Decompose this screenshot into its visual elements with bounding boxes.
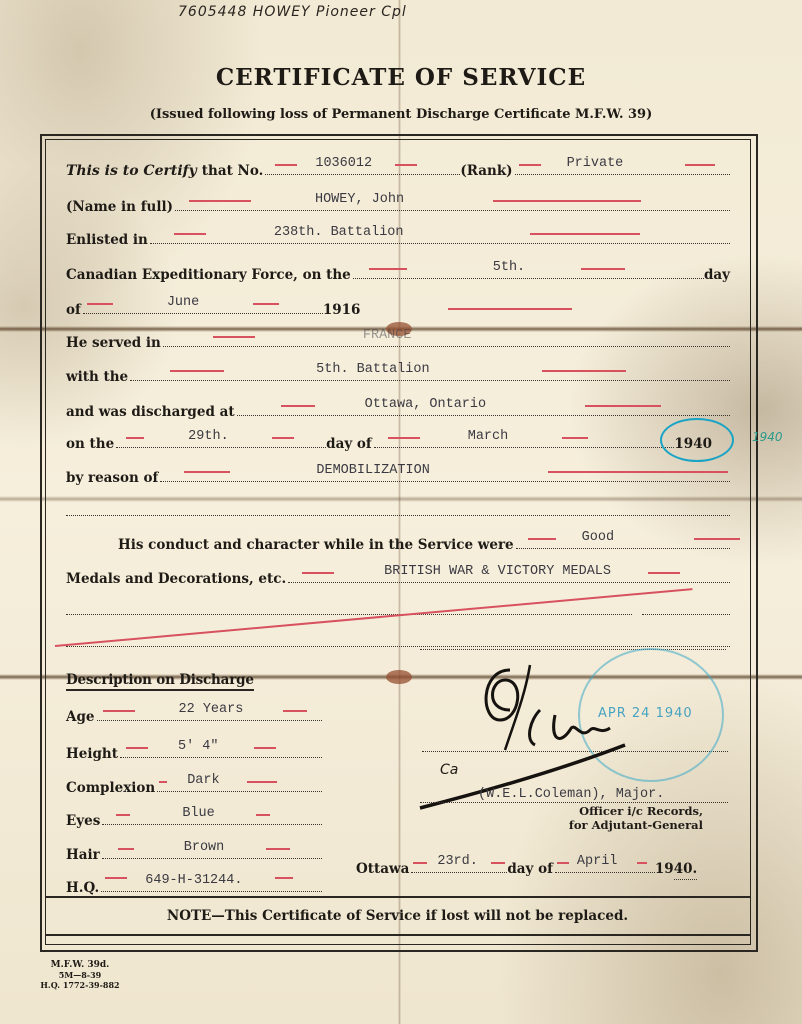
day-label: day xyxy=(704,265,730,285)
blank-line xyxy=(66,645,730,647)
served-unit-field: 5th. Battalion xyxy=(130,366,730,381)
issue-day-of-label: day of xyxy=(507,859,553,879)
enlist-year-suffix: 16 xyxy=(342,300,361,320)
officer-title-line2: for Adjutant-General xyxy=(545,818,703,832)
initials-note: Ca xyxy=(440,762,458,778)
discharge-day-field: 29th. xyxy=(116,433,326,448)
reason-field: DEMOBILIZATION xyxy=(160,467,730,482)
row-enlist-month: of June 19 16 xyxy=(66,299,730,319)
form-code: M.F.W. 39d. 5M—8-39 H.Q. 1772-39-882 xyxy=(40,960,120,990)
height-value: 5' 4" xyxy=(178,737,219,757)
enlisted-unit: 238th. Battalion xyxy=(274,223,404,243)
height-label: Height xyxy=(66,744,118,764)
age-value: 22 Years xyxy=(179,700,244,720)
enlist-year-prefix: 19 xyxy=(323,300,342,320)
day-of-label: day of xyxy=(326,434,372,454)
rank-label: (Rank) xyxy=(460,161,512,181)
officer-title-line1: Officer i/c Records, xyxy=(545,804,703,818)
row-height: Height 5' 4" xyxy=(66,743,322,763)
blank-line xyxy=(642,613,730,615)
medals-value: BRITISH WAR & VICTORY MEDALS xyxy=(384,562,611,582)
on-the-label: on the xyxy=(66,434,114,454)
name-field: HOWEY, John xyxy=(175,196,730,211)
cef-label: Canadian Expeditionary Force, on the xyxy=(66,265,351,285)
hq-value: 649-H-31244. xyxy=(145,871,242,891)
conduct-label: His conduct and character while in the S… xyxy=(118,535,514,555)
year-circled-marking xyxy=(660,418,734,462)
margin-note: 1940 xyxy=(752,430,783,444)
full-name: HOWEY, John xyxy=(315,190,404,210)
officer-title: Officer i/c Records, for Adjutant-Genera… xyxy=(545,804,703,832)
of-label: of xyxy=(66,300,81,320)
row-hq: H.Q. 649-H-31244. xyxy=(66,877,322,897)
discharge-day: 29th. xyxy=(188,427,229,447)
served-unit: 5th. Battalion xyxy=(316,360,429,380)
row-conduct: His conduct and character while in the S… xyxy=(118,534,730,554)
hq-field: 649-H-31244. xyxy=(101,877,322,892)
row-complexion: Complexion Dark xyxy=(66,777,322,797)
served-in-field: FRANCE xyxy=(163,332,730,347)
issue-month: April xyxy=(577,852,618,872)
row-certify: This is to Certify that No. 1036012 (Ran… xyxy=(66,160,730,180)
issue-day-field: 23rd. xyxy=(411,858,507,873)
document-title: CERTIFICATE OF SERVICE xyxy=(0,64,802,91)
issue-year-prefix: 19 xyxy=(655,859,674,879)
eyes-label: Eyes xyxy=(66,811,100,831)
issue-day: 23rd. xyxy=(437,852,478,872)
complexion-field: Dark xyxy=(157,777,322,792)
medals-label: Medals and Decorations, etc. xyxy=(66,569,286,589)
discharged-label: and was discharged at xyxy=(66,402,235,422)
form-code-line3: H.Q. 1772-39-882 xyxy=(40,980,120,990)
enlist-month-field: June xyxy=(83,299,323,314)
enlist-day-field: 5th. xyxy=(353,264,704,279)
hair-value: Brown xyxy=(184,838,225,858)
row-reason: by reason of DEMOBILIZATION xyxy=(66,467,730,487)
row-hair: Hair Brown xyxy=(66,844,322,864)
description-heading: Description on Discharge xyxy=(66,672,254,691)
row-enlisted: Enlisted in 238th. Battalion xyxy=(66,229,730,249)
eyes-field: Blue xyxy=(102,810,322,825)
eyes-value: Blue xyxy=(182,804,214,824)
note-text: NOTE—This Certificate of Service if lost… xyxy=(45,908,750,924)
rank-field: Private xyxy=(515,160,730,175)
signatory-name: (W.E.L.Coleman), Major. xyxy=(478,787,664,802)
service-number: 1036012 xyxy=(315,154,372,174)
enlisted-field: 238th. Battalion xyxy=(150,229,730,244)
with-label: with the xyxy=(66,367,128,387)
hair-label: Hair xyxy=(66,845,100,865)
note-rule-top xyxy=(45,896,750,898)
row-age: Age 22 Years xyxy=(66,706,322,726)
row-eyes: Eyes Blue xyxy=(66,810,322,830)
row-medals: Medals and Decorations, etc. BRITISH WAR… xyxy=(66,568,730,588)
row-cef: Canadian Expeditionary Force, on the 5th… xyxy=(66,264,730,284)
discharge-place-field: Ottawa, Ontario xyxy=(237,401,730,416)
name-label: (Name in full) xyxy=(66,197,173,217)
age-field: 22 Years xyxy=(97,706,322,721)
discharge-month-field: March xyxy=(374,433,675,448)
document-subtitle: (Issued following loss of Permanent Disc… xyxy=(0,107,802,122)
medals-field: BRITISH WAR & VICTORY MEDALS xyxy=(288,568,730,583)
complexion-label: Complexion xyxy=(66,778,155,798)
note-rule-bottom xyxy=(45,934,750,936)
blank-line xyxy=(66,613,632,615)
row-issue-date: Ottawa 23rd. day of April 19 40. xyxy=(356,858,746,878)
age-label: Age xyxy=(66,707,95,727)
reason-label: by reason of xyxy=(66,468,158,488)
hq-label: H.Q. xyxy=(66,878,99,898)
row-name: (Name in full) HOWEY, John xyxy=(66,196,730,216)
row-with-unit: with the 5th. Battalion xyxy=(66,366,730,386)
served-label: He served in xyxy=(66,333,161,353)
issue-month-field: April xyxy=(555,858,655,873)
served-country: FRANCE xyxy=(363,326,412,346)
conduct-value: Good xyxy=(582,528,614,548)
discharge-reason: DEMOBILIZATION xyxy=(316,461,429,481)
handwritten-note: 7605448 HOWEY Pioneer Cpl xyxy=(178,4,407,20)
discharge-month: March xyxy=(468,427,509,447)
conduct-field: Good xyxy=(516,534,730,549)
rank-value: Private xyxy=(567,154,624,174)
row-discharge-date: on the 29th. day of March 19 40 xyxy=(66,433,730,453)
issue-year-suffix: 40. xyxy=(674,859,698,880)
blank-line xyxy=(66,514,730,516)
height-field: 5' 4" xyxy=(120,743,322,758)
certify-label-gothic: This is to Certify xyxy=(66,161,197,181)
hair-field: Brown xyxy=(102,844,322,859)
number-field: 1036012 xyxy=(265,160,460,175)
enlisted-label: Enlisted in xyxy=(66,230,148,250)
row-served-in: He served in FRANCE xyxy=(66,332,730,352)
discharge-place: Ottawa, Ontario xyxy=(365,395,487,415)
issue-place: Ottawa xyxy=(356,859,409,879)
form-code-line1: M.F.W. 39d. xyxy=(40,960,120,970)
enlist-day: 5th. xyxy=(493,258,525,278)
certify-label: that No. xyxy=(202,161,264,181)
enlist-month: June xyxy=(167,293,199,313)
row-discharged-at: and was discharged at Ottawa, Ontario xyxy=(66,401,730,421)
form-code-line2: 5M—8-39 xyxy=(40,970,120,980)
complexion-value: Dark xyxy=(187,771,219,791)
